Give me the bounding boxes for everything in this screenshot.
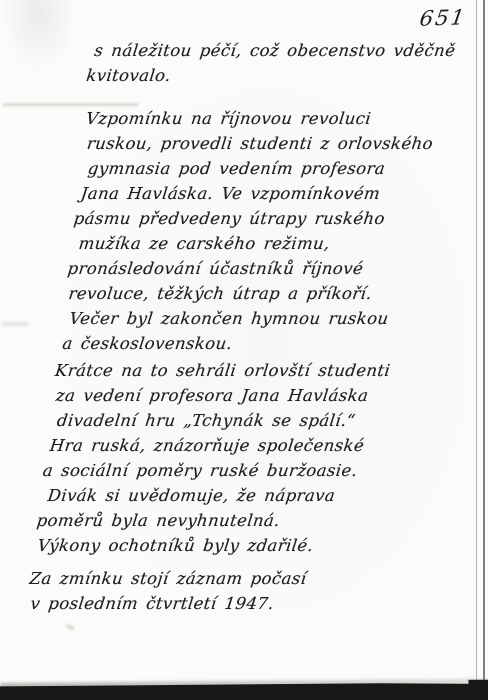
ink-smudge xyxy=(2,322,28,326)
handwritten-line: Za zmínku stojí záznam počasí xyxy=(28,566,415,591)
paragraph: Vzpomínku na říjnovou revoluci ruskou, p… xyxy=(57,106,472,356)
paragraph: Za zmínku stojí záznam počasí v poslední… xyxy=(25,566,415,616)
handwritten-line: divadelní hru „Tchynák se spálí.“ xyxy=(56,408,435,433)
handwritten-line: pronásledování účastníků říjnové xyxy=(66,256,453,281)
handwritten-line: a československou. xyxy=(61,331,444,356)
scan-edge-line xyxy=(476,0,477,684)
handwritten-line: pásmu předvedeny útrapy ruského xyxy=(72,206,459,231)
paragraph: Krátce na to sehráli orlovští studenti z… xyxy=(32,358,441,558)
handwritten-line: s náležitou péčí, což obecenstvo vděčně xyxy=(93,38,480,63)
handwritten-line: ruskou, provedli studenti z orlovského xyxy=(86,131,469,156)
paragraph: s náležitou péčí, což obecenstvo vděčně … xyxy=(90,38,480,88)
handwritten-line: v posledním čtvrtletí 1947. xyxy=(29,591,412,616)
handwritten-line: Jana Havláska. Ve vzpomínkovém xyxy=(79,181,462,206)
handwritten-line: Divák si uvědomuje, že náprava xyxy=(46,483,425,508)
handwritten-line: Večer byl zakončen hymnou ruskou xyxy=(68,306,447,331)
handwritten-line: Krátce na to sehráli orlovští studenti xyxy=(54,358,441,383)
handwritten-line: revoluce, těžkých útrap a příkoří. xyxy=(67,281,450,306)
handwritten-line: gymnasia pod vedením profesora xyxy=(86,156,465,181)
handwritten-line: kvitovalo. xyxy=(85,63,477,88)
page-number: 651 xyxy=(418,5,468,31)
handwritten-text-block: s náležitou péčí, což obecenstvo vděčně … xyxy=(25,38,480,616)
handwritten-line: Vzpomínku na říjnovou revoluci xyxy=(85,106,472,131)
handwritten-line: poměrů byla nevyhnutelná. xyxy=(35,508,422,533)
handwritten-line: za vedení profesora Jana Havláska xyxy=(55,383,438,408)
handwritten-line: Hra ruská, znázorňuje společenské xyxy=(48,433,431,458)
handwritten-line: mužíka ze carského režimu, xyxy=(77,231,456,256)
scanned-page: 651 s náležitou péčí, což obecenstvo vdě… xyxy=(0,0,488,700)
ink-smudge xyxy=(3,103,138,106)
handwritten-line: a sociální poměry ruské buržoasie. xyxy=(41,458,428,483)
handwritten-line: Výkony ochotníků byly zdařilé. xyxy=(36,533,419,558)
scan-edge-line xyxy=(483,0,485,686)
ink-smudge xyxy=(66,623,75,630)
